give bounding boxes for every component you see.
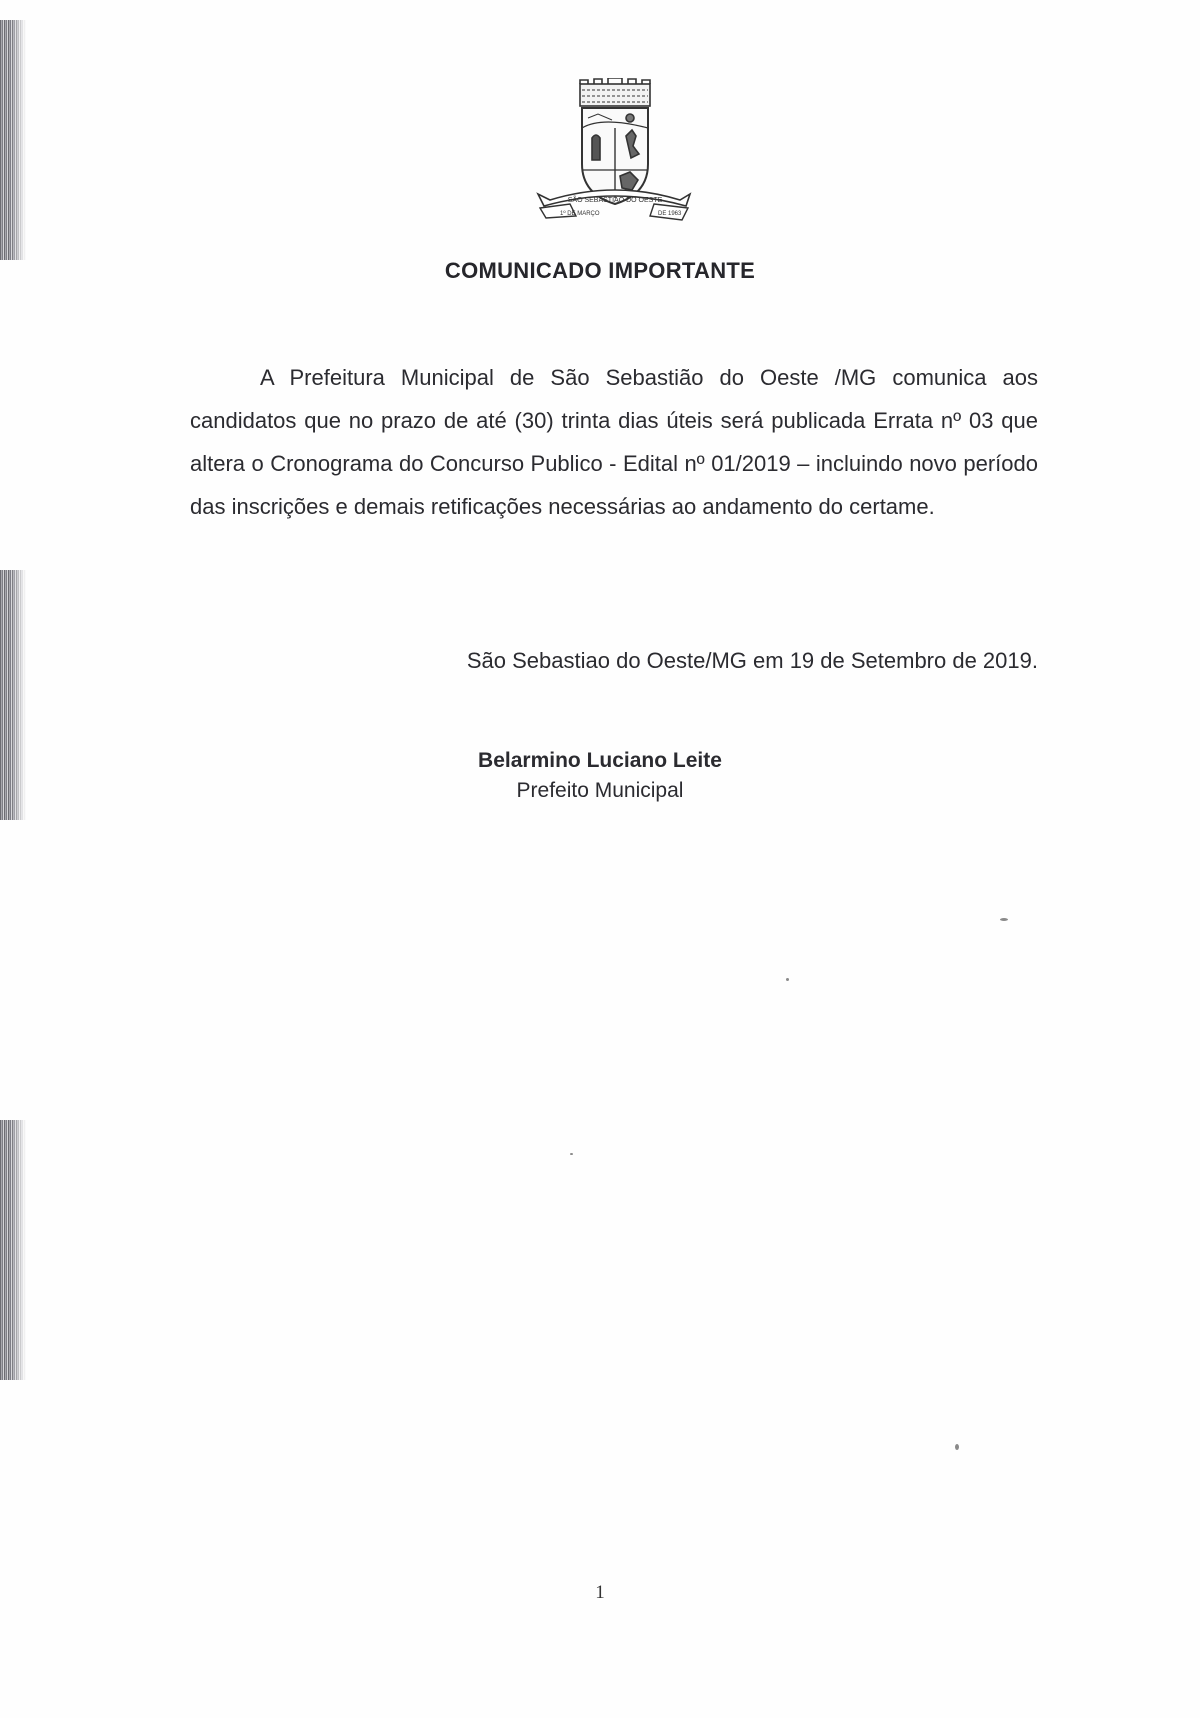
date-line: São Sebastiao do Oeste/MG em 19 de Setem… [467,648,1038,674]
signature-block: Belarmino Luciano Leite Prefeito Municip… [0,746,1200,806]
document-title: COMUNICADO IMPORTANTE [0,258,1200,284]
document-page: SÃO SEBASTIÃO DO OESTE 1º DE MARÇO DE 19… [0,0,1200,1718]
signer-name: Belarmino Luciano Leite [0,746,1200,776]
scan-speck [786,978,789,981]
coat-of-arms-icon: SÃO SEBASTIÃO DO OESTE 1º DE MARÇO DE 19… [530,78,700,238]
svg-text:SÃO SEBASTIÃO DO OESTE: SÃO SEBASTIÃO DO OESTE [568,195,663,204]
paragraph-text: A Prefeitura Municipal de São Sebastião … [190,356,1038,528]
signer-role: Prefeito Municipal [0,776,1200,806]
scan-edge-artifact [0,20,26,260]
scan-speck [1000,918,1008,921]
scan-edge-artifact [0,1120,26,1380]
scan-speck [955,1444,959,1450]
page-number: 1 [0,1582,1200,1604]
announcement-paragraph: A Prefeitura Municipal de São Sebastião … [190,356,1038,528]
svg-text:DE 1963: DE 1963 [658,211,682,217]
scan-speck [570,1153,573,1155]
svg-text:1º DE MARÇO: 1º DE MARÇO [560,210,600,217]
